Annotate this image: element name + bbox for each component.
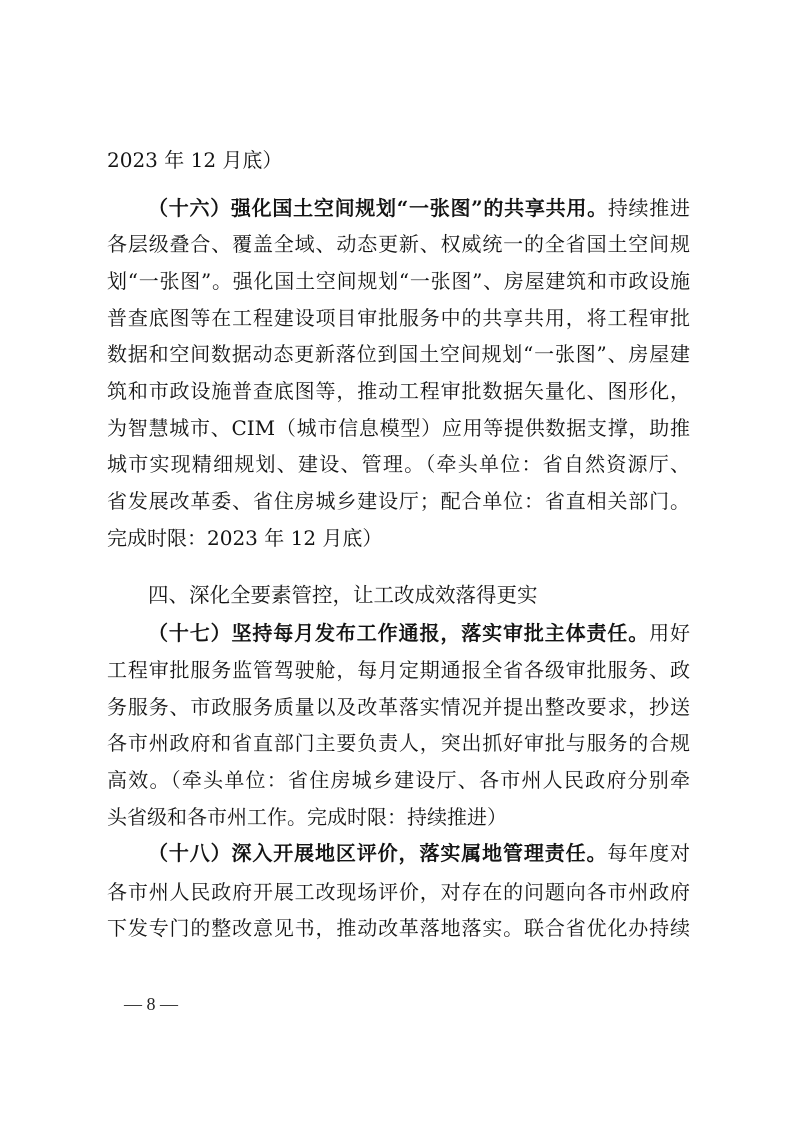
paragraph-line: 为智慧城市、CIM（城市信息模型）应用等提供数据支撑，助推 [107, 413, 690, 443]
body-text: 持续推进 [608, 196, 690, 220]
paragraph-line: 各市州政府和省直部门主要负责人，突出抓好审批与服务的合规 [107, 728, 690, 758]
paragraph-line: 数据和空间数据动态更新落位到国土空间规划“一张图”、房屋建 [107, 339, 690, 369]
body-text: 头省级和各市州工作。完成时限：持续推进） [107, 805, 507, 829]
body-text: 完成时限：2023 年 12 月底） [107, 526, 382, 550]
paragraph-line: 划“一张图”。强化国土空间规划“一张图”、房屋建筑和市政设施 [107, 266, 690, 296]
paragraph-line: 高效。（牵头单位：省住房城乡建设厅、各市州人民政府分别牵 [107, 765, 690, 795]
paragraph-line: 下发专门的整改意见书，推动改革落地落实。联合省优化办持续 [107, 913, 690, 943]
body-text: 筑和市政设施普查底图等，推动工程审批数据矢量化、图形化， [107, 379, 690, 403]
body-text: 高效。（牵头单位：省住房城乡建设厅、各市州人民政府分别牵 [107, 768, 690, 792]
body-text: 2023 年 12 月底） [107, 148, 282, 172]
paragraph-17-first-line: （十七）坚持每月发布工作通报，落实审批主体责任。用好 [148, 618, 690, 648]
paragraph-line: 2023 年 12 月底） [107, 145, 690, 175]
paragraph-line: 各市州人民政府开展工改现场评价，对存在的问题向各市州政府 [107, 877, 690, 907]
section-heading-text: 四、深化全要素管控，让工改成效落得更实 [148, 583, 538, 607]
body-text: 各市州政府和省直部门主要负责人，突出抓好审批与服务的合规 [107, 731, 690, 755]
body-text: 城市实现精细规划、建设、管理。（牵头单位：省自然资源厅、 [107, 452, 690, 476]
body-text: 数据和空间数据动态更新落位到国土空间规划“一张图”、房屋建 [107, 342, 690, 366]
paragraph-17-lead: （十七）坚持每月发布工作通报，落实审批主体责任。 [148, 621, 649, 645]
paragraph-16-first-line: （十六）强化国土空间规划“一张图”的共享共用。持续推进 [148, 193, 690, 223]
paragraph-line: 各层级叠合、覆盖全域、动态更新、权威统一的全省国土空间规 [107, 229, 690, 259]
body-text: 为智慧城市、CIM（城市信息模型）应用等提供数据支撑，助推 [107, 416, 690, 440]
body-text: 务服务、市政服务质量以及改革落实情况并提出整改要求，抄送 [107, 695, 690, 719]
body-text: 普查底图等在工程建设项目审批服务中的共享共用，将工程审批 [107, 306, 690, 330]
body-text: 工程审批服务监管驾驶舱，每月定期通报全省各级审批服务、政 [107, 658, 690, 682]
body-text: 用好 [649, 621, 690, 645]
body-text: 下发专门的整改意见书，推动改革落地落实。联合省优化办持续 [107, 916, 690, 940]
page-number: — 8 — [124, 990, 178, 1018]
paragraph-line: 省发展改革委、省住房城乡建设厅；配合单位：省直相关部门。 [107, 486, 690, 516]
paragraph-line: 完成时限：2023 年 12 月底） [107, 523, 690, 553]
section-heading: 四、深化全要素管控，让工改成效落得更实 [148, 580, 690, 610]
body-text: 省发展改革委、省住房城乡建设厅；配合单位：省直相关部门。 [107, 489, 690, 513]
body-text: 各市州人民政府开展工改现场评价，对存在的问题向各市州政府 [107, 880, 690, 904]
paragraph-line: 普查底图等在工程建设项目审批服务中的共享共用，将工程审批 [107, 303, 690, 333]
paragraph-16-lead: （十六）强化国土空间规划“一张图”的共享共用。 [148, 196, 608, 220]
paragraph-line: 城市实现精细规划、建设、管理。（牵头单位：省自然资源厅、 [107, 449, 690, 479]
paragraph-18-lead: （十八）深入开展地区评价，落实属地管理责任。 [148, 841, 607, 865]
body-text: 划“一张图”。强化国土空间规划“一张图”、房屋建筑和市政设施 [107, 269, 690, 293]
paragraph-line: 筑和市政设施普查底图等，推动工程审批数据矢量化、图形化， [107, 376, 690, 406]
paragraph-18-first-line: （十八）深入开展地区评价，落实属地管理责任。每年度对 [148, 838, 690, 868]
document-page: 2023 年 12 月底） （十六）强化国土空间规划“一张图”的共享共用。持续推… [0, 0, 793, 1122]
paragraph-line: 务服务、市政服务质量以及改革落实情况并提出整改要求，抄送 [107, 692, 690, 722]
body-text: 各层级叠合、覆盖全域、动态更新、权威统一的全省国土空间规 [107, 232, 690, 256]
paragraph-line: 工程审批服务监管驾驶舱，每月定期通报全省各级审批服务、政 [107, 655, 690, 685]
paragraph-line: 头省级和各市州工作。完成时限：持续推进） [107, 802, 690, 832]
body-text: 每年度对 [607, 841, 690, 865]
